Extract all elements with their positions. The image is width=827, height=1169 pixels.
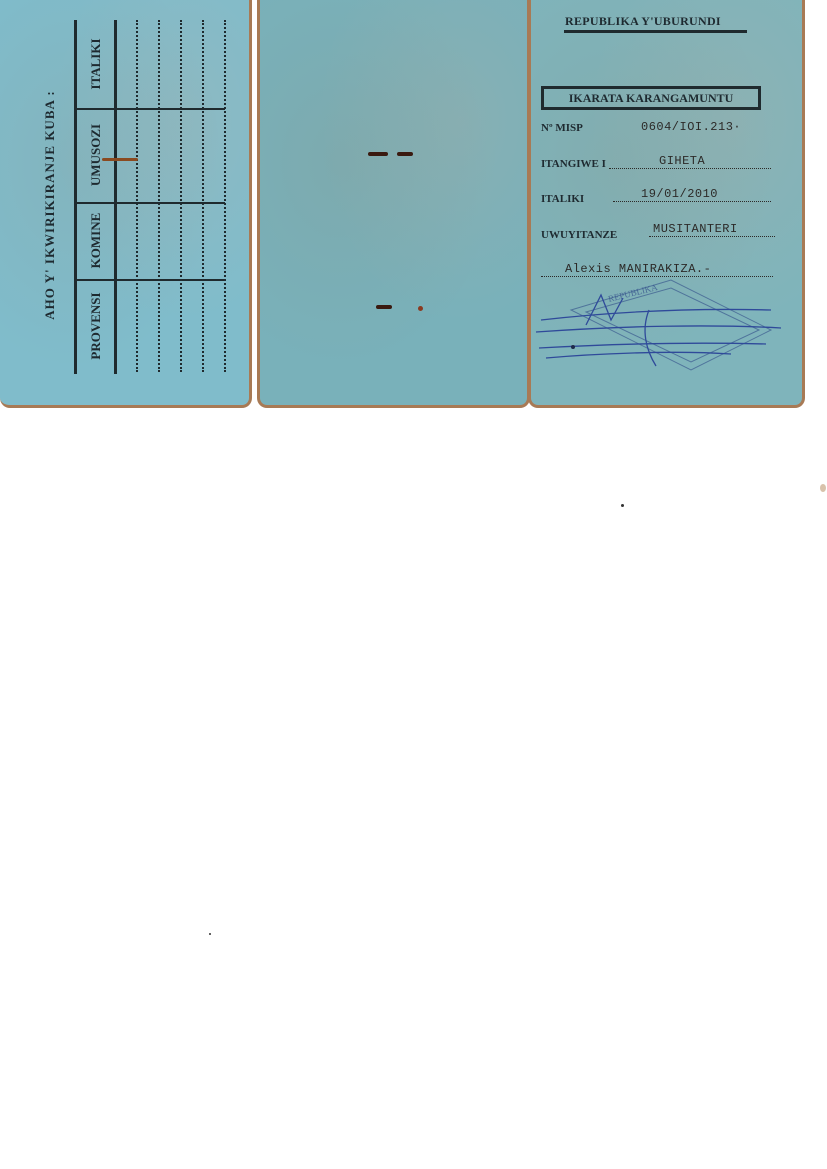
field-value-date: 19/01/2010 <box>613 187 771 202</box>
column-header-provensi: PROVENSI <box>88 280 104 372</box>
table-entry-line <box>158 20 160 372</box>
paper-speck <box>621 504 624 507</box>
staple-mark <box>102 158 138 161</box>
card-front-panel: REPUBLIKA Y'UBURUNDI IKARATA KARANGAMUNT… <box>528 0 805 408</box>
paper-speck <box>820 484 826 492</box>
title-underline <box>564 30 747 33</box>
column-header-italiki: ITALIKI <box>88 20 104 108</box>
card-inner-panel <box>257 0 530 408</box>
svg-text:REPUBLIKA: REPUBLIKA <box>607 282 659 304</box>
staple-hole <box>368 152 388 156</box>
table-entry-line <box>136 20 138 372</box>
staple-hole <box>397 152 413 156</box>
table-entry-line <box>180 20 182 372</box>
field-label-misp: Nº MISP <box>541 122 583 134</box>
table-entry-line <box>202 20 204 372</box>
paper-speck <box>209 933 211 935</box>
table-entry-line <box>224 20 226 372</box>
field-label-issuer: UWUYITANZE <box>541 229 617 241</box>
stamp-and-signature: REPUBLIKA <box>531 270 808 380</box>
field-value-issued-at: GIHETA <box>609 154 771 169</box>
field-label-issued-at: ITANGIWE I <box>541 158 606 170</box>
card-type-title: IKARATA KARANGAMUNTU <box>541 86 761 110</box>
field-value-issuer: MUSITANTERI <box>649 222 775 237</box>
table-header-divider <box>114 20 117 374</box>
country-title: REPUBLIKA Y'UBURUNDI <box>565 14 721 29</box>
column-header-komine: KOMINE <box>88 202 104 279</box>
rust-spot <box>418 306 423 311</box>
column-header-umusozi: UMUSOZI <box>88 108 104 202</box>
table-border-left <box>74 20 77 374</box>
field-label-date: ITALIKI <box>541 193 584 205</box>
card-back-panel: AHO Y' IKWIRIKIRANJE KUBA : PROVENSI KOM… <box>0 0 252 408</box>
registration-title: AHO Y' IKWIRIKIRANJE KUBA : <box>42 20 58 390</box>
staple-hole <box>376 305 392 309</box>
field-value-misp: 0604/IOI.213· <box>641 120 741 134</box>
